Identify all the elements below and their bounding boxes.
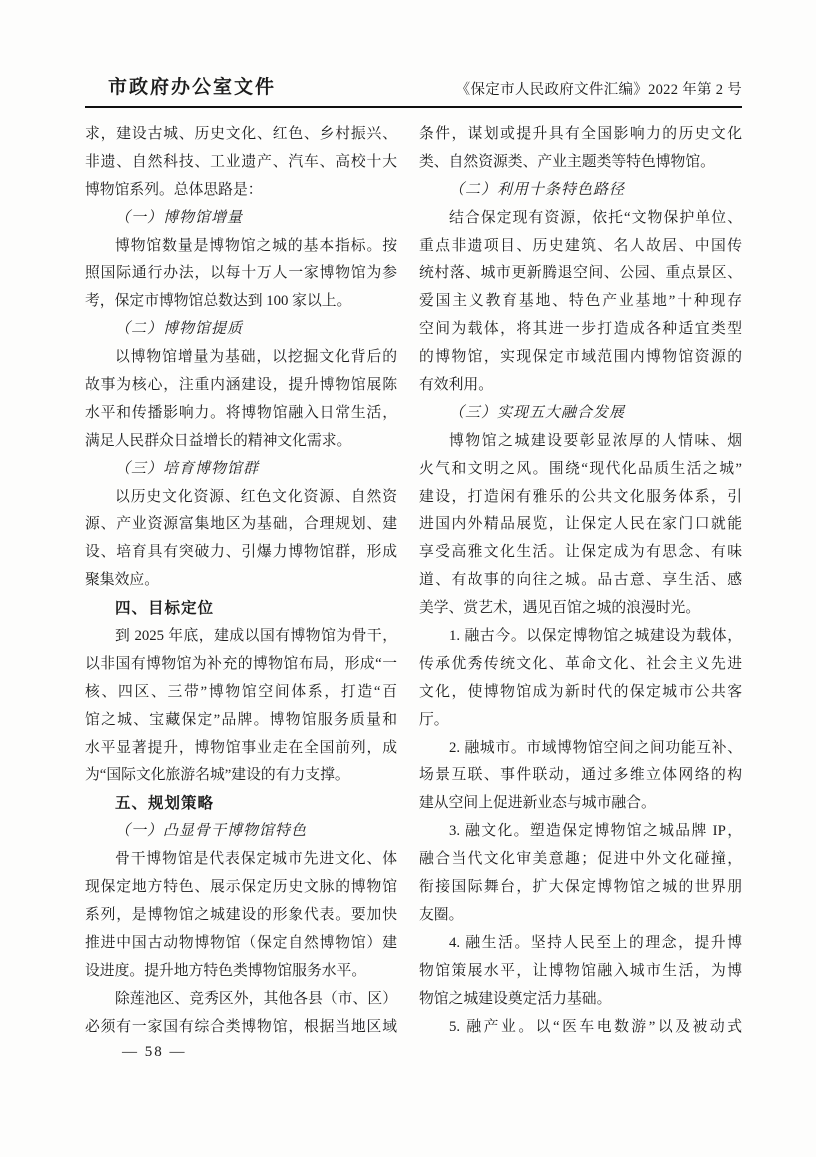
text-line: 1. 融古今。以保定博物馆之城建设为载体， [419, 623, 742, 651]
text-line: 故事为核心，注重内涵建设，提升博物馆展陈 [85, 372, 397, 400]
text-line: （二）利用十条特色路径 [419, 177, 742, 205]
text-line: （三）培育博物馆群 [85, 456, 397, 484]
text-line: 四、目标定位 [85, 595, 397, 623]
text-line: 骨干博物馆是代表保定城市先进文化、体 [85, 846, 397, 874]
text-line: 到 2025 年底，建成以国有博物馆为骨干， [85, 623, 397, 651]
text-line: 4. 融生活。坚持人民至上的理念，提升博 [419, 930, 742, 958]
text-line: 5. 融产业。以“医车电数游”以及被动式 [419, 1014, 742, 1042]
text-line: 有效利用。 [419, 372, 742, 400]
document-page: 市政府办公室文件 《保定市人民政府文件汇编》2022 年第 2 号 求，建设古城… [0, 0, 816, 1157]
text-line: 衔接国际舞台，扩大保定博物馆之城的世界朋 [419, 874, 742, 902]
text-line: 五、规划策略 [85, 790, 397, 818]
text-line: 的博物馆，实现保定市域范围内博物馆资源的 [419, 344, 742, 372]
text-line: 以非国有博物馆为补充的博物馆布局，形成“一 [85, 651, 397, 679]
text-line: 统村落、城市更新腾退空间、公园、重点景区、 [419, 260, 742, 288]
header-left-title: 市政府办公室文件 [108, 72, 276, 99]
text-line: 博物馆数量是博物馆之城的基本指标。按 [85, 233, 397, 261]
text-line: 设、培育具有突破力、引爆力博物馆群，形成 [85, 539, 397, 567]
page-number: — 58 — [122, 1044, 187, 1061]
text-line: 道、有故事的向往之城。品古意、享生活、感 [419, 567, 742, 595]
text-line: 水平和传播影响力。将博物馆融入日常生活， [85, 400, 397, 428]
text-line: 系列，是博物馆之城建设的形象代表。要加快 [85, 902, 397, 930]
header-right-title: 《保定市人民政府文件汇编》2022 年第 2 号 [456, 78, 742, 99]
text-line: 建从空间上促进新业态与城市融合。 [419, 790, 742, 818]
text-line: 厅。 [419, 707, 742, 735]
text-line: 享受高雅文化生活。让保定成为有思念、有味 [419, 539, 742, 567]
text-line: 2. 融城市。市域博物馆空间之间功能互补、 [419, 735, 742, 763]
text-line: 火气和文明之风。围绕“现代化品质生活之城” [419, 456, 742, 484]
text-line: （二）博物馆提质 [85, 316, 397, 344]
text-line: 爱国主义教育基地、特色产业基地”十种现存 [419, 288, 742, 316]
header-rule [85, 106, 742, 108]
text-line: 满足人民群众日益增长的精神文化需求。 [85, 428, 397, 456]
text-line: （一）凸显骨干博物馆特色 [85, 818, 397, 846]
text-line: 空间为载体，将其进一步打造成各种适宜类型 [419, 316, 742, 344]
text-line: 建设，打造闲有雅乐的公共文化服务体系，引 [419, 484, 742, 512]
text-line: 馆之城、宝藏保定”品牌。博物馆服务质量和 [85, 707, 397, 735]
text-line: 为“国际文化旅游名城”建设的有力支撑。 [85, 762, 397, 790]
text-line: 以博物馆增量为基础，以挖掘文化背后的 [85, 344, 397, 372]
text-line: （一）博物馆增量 [85, 205, 397, 233]
text-line: 聚集效应。 [85, 567, 397, 595]
text-line: 重点非遗项目、历史建筑、名人故居、中国传 [419, 233, 742, 261]
text-line: 条件，谋划或提升具有全国影响力的历史文化 [419, 121, 742, 149]
text-line: 博物馆之城建设要彰显浓厚的人情味、烟 [419, 428, 742, 456]
text-line: 物馆策展水平，让博物馆融入城市生活，为博 [419, 958, 742, 986]
text-line: 场景互联、事件联动，通过多维立体网络的构 [419, 762, 742, 790]
text-line: 除莲池区、竞秀区外，其他各县（市、区） [85, 986, 397, 1014]
text-line: 核、四区、三带”博物馆空间体系，打造“百 [85, 679, 397, 707]
page-header: 市政府办公室文件 《保定市人民政府文件汇编》2022 年第 2 号 [85, 72, 742, 99]
text-line: 文化，使博物馆成为新时代的保定城市公共客 [419, 679, 742, 707]
text-line: 物馆之城建设奠定活力基础。 [419, 986, 742, 1014]
text-line: 3. 融文化。塑造保定博物馆之城品牌 IP， [419, 818, 742, 846]
text-line: 求，建设古城、历史文化、红色、乡村振兴、 [85, 121, 397, 149]
left-column: 求，建设古城、历史文化、红色、乡村振兴、非遗、自然科技、工业遗产、汽车、高校十大… [85, 121, 397, 1041]
text-line: 推进中国古动物博物馆（保定自然博物馆）建 [85, 930, 397, 958]
text-line: 进国内外精品展览，让保定人民在家门口就能 [419, 511, 742, 539]
text-line: 以历史文化资源、红色文化资源、自然资 [85, 484, 397, 512]
text-line: 非遗、自然科技、工业遗产、汽车、高校十大 [85, 149, 397, 177]
text-line: 照国际通行办法，以每十万人一家博物馆为参 [85, 260, 397, 288]
text-line: 现保定地方特色、展示保定历史文脉的博物馆 [85, 874, 397, 902]
text-line: 友圈。 [419, 902, 742, 930]
text-line: 传承优秀传统文化、革命文化、社会主义先进 [419, 651, 742, 679]
text-columns: 求，建设古城、历史文化、红色、乡村振兴、非遗、自然科技、工业遗产、汽车、高校十大… [85, 121, 742, 1041]
text-line: 必须有一家国有综合类博物馆，根据当地区域 [85, 1014, 397, 1042]
text-line: 水平显著提升，博物馆事业走在全国前列，成 [85, 735, 397, 763]
right-column: 条件，谋划或提升具有全国影响力的历史文化类、自然资源类、产业主题类等特色博物馆。… [419, 121, 742, 1041]
text-line: 设进度。提升地方特色类博物馆服务水平。 [85, 958, 397, 986]
text-line: 源、产业资源富集地区为基础，合理规划、建 [85, 511, 397, 539]
text-line: 类、自然资源类、产业主题类等特色博物馆。 [419, 149, 742, 177]
text-line: 结合保定现有资源，依托“文物保护单位、 [419, 205, 742, 233]
text-line: 美学、赏艺术，遇见百馆之城的浪漫时光。 [419, 595, 742, 623]
text-line: 考，保定市博物馆总数达到 100 家以上。 [85, 288, 397, 316]
text-line: 融合当代文化审美意趣；促进中外文化碰撞， [419, 846, 742, 874]
text-line: 博物馆系列。总体思路是： [85, 177, 397, 205]
text-line: （三）实现五大融合发展 [419, 400, 742, 428]
